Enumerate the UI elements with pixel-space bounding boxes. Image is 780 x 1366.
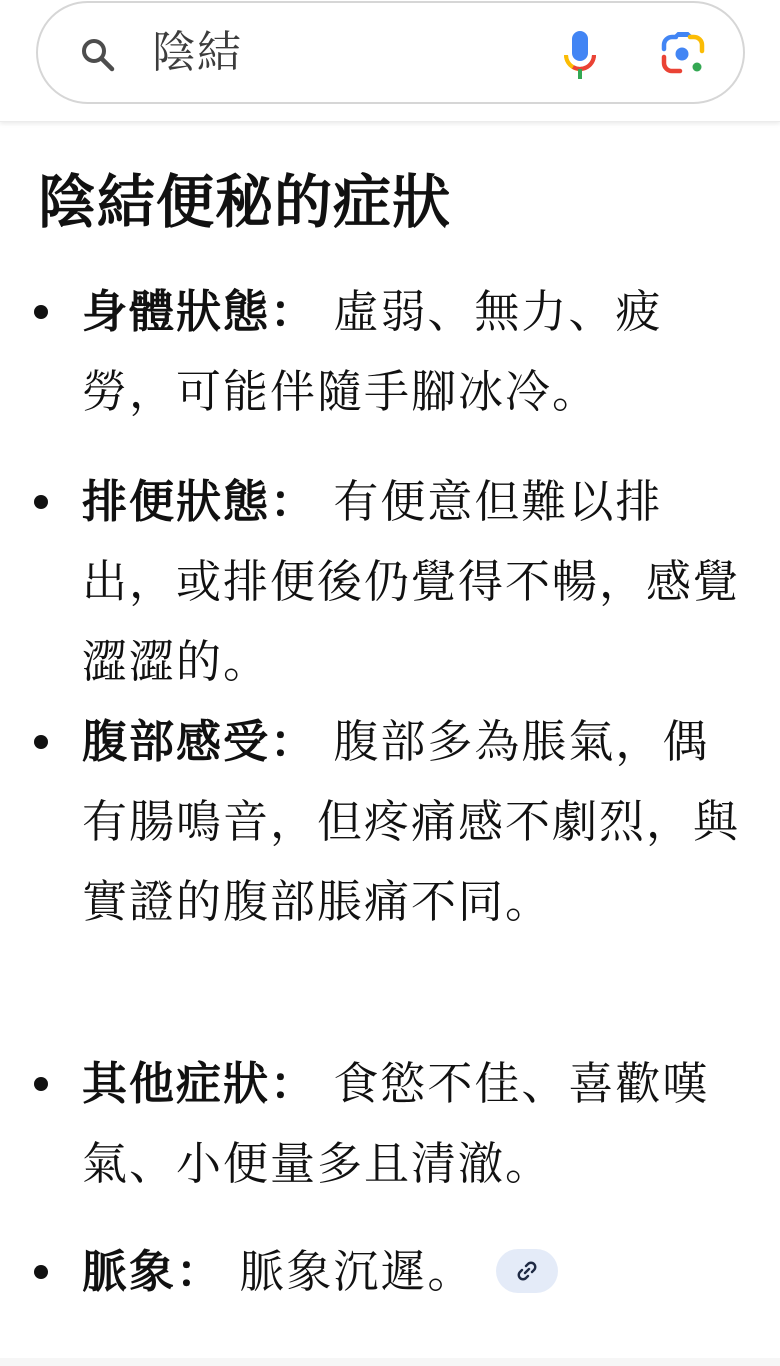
item-label: 排便狀態： bbox=[82, 475, 317, 528]
bullet-icon bbox=[34, 1077, 48, 1091]
bullet-icon bbox=[34, 495, 48, 509]
item-description: 脈象沉遲。 bbox=[223, 1245, 474, 1298]
source-link-button[interactable] bbox=[496, 1249, 558, 1293]
item-label: 腹部感受： bbox=[82, 715, 317, 768]
bottom-edge bbox=[0, 1358, 780, 1366]
item-label: 脈象： bbox=[82, 1245, 223, 1298]
item-label: 其他症狀： bbox=[82, 1057, 317, 1110]
section-title: 陰結便秘的症狀 bbox=[38, 162, 451, 242]
google-lens-icon[interactable] bbox=[660, 31, 706, 77]
mic-icon[interactable] bbox=[560, 29, 600, 81]
item-label: 身體狀態： bbox=[82, 285, 317, 338]
search-header: 陰結 bbox=[0, 0, 780, 122]
search-bar[interactable]: 陰結 bbox=[36, 1, 745, 104]
bullet-icon bbox=[34, 1265, 48, 1279]
bullet-icon bbox=[34, 305, 48, 319]
link-icon bbox=[515, 1259, 539, 1283]
search-input[interactable]: 陰結 bbox=[152, 23, 242, 83]
search-icon[interactable] bbox=[78, 35, 118, 75]
bullet-icon bbox=[34, 735, 48, 749]
